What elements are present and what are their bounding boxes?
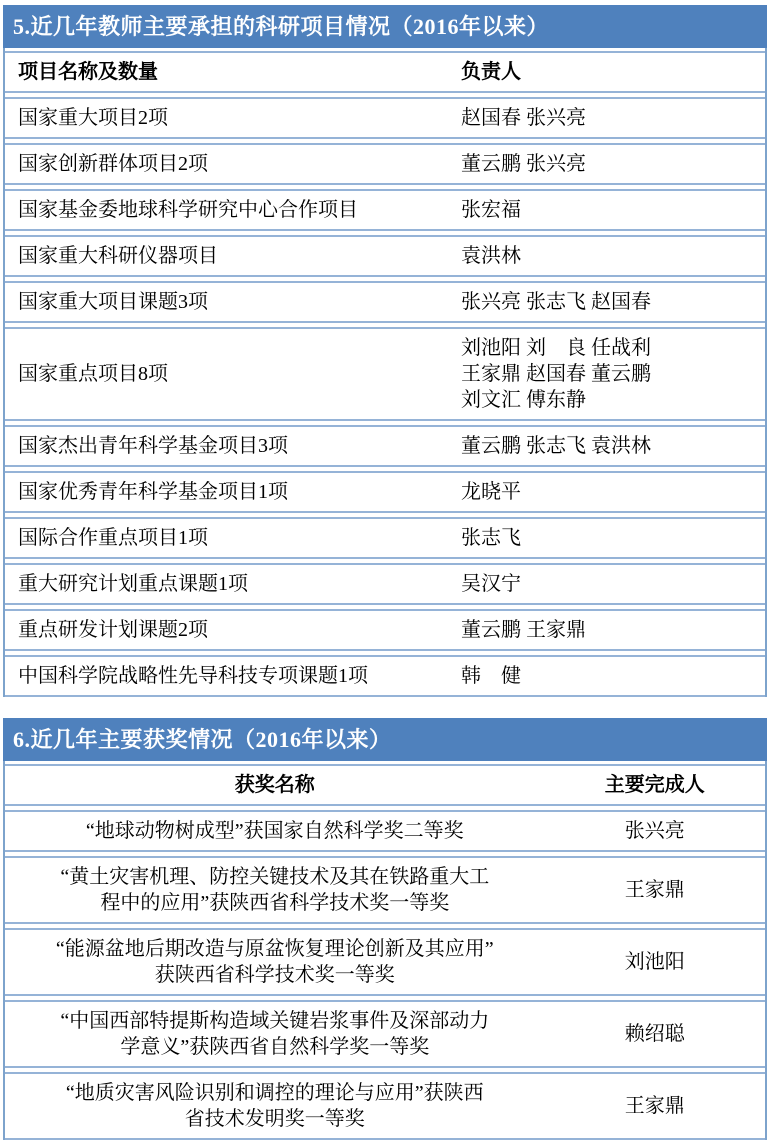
awards-table-title: 6.近几年主要获奖情况（2016年以来）: [3, 718, 767, 761]
awards-header-award: 获奖名称: [5, 766, 545, 804]
award-people-cell: 赖绍聪: [545, 1015, 765, 1053]
project-name-cell: 国家重大项目课题3项: [5, 283, 461, 321]
project-name-cell: 重大研究计划重点课题1项: [5, 565, 461, 603]
project-name-cell: 国家重大项目2项: [5, 99, 461, 137]
projects-header-people: 负责人: [461, 53, 765, 91]
project-people-cell: 董云鹏 张兴亮: [461, 145, 765, 183]
project-name-cell: 国家优秀青年科学基金项目1项: [5, 473, 461, 511]
table-row: “黄土灾害机理、防控关键技术及其在铁路重大工 程中的应用”获陕西省科学技术奖一等…: [5, 856, 765, 924]
table-row: 国家重大项目课题3项 张兴亮 张志飞 赵国春: [5, 281, 765, 323]
project-name-cell: 重点研发计划课题2项: [5, 611, 461, 649]
table-row: 重点研发计划课题2项 董云鹏 王家鼎: [5, 609, 765, 651]
table-row: 国家重点项目8项 刘池阳 刘 良 任战利 王家鼎 赵国春 董云鹏 刘文汇 傅东静: [5, 327, 765, 421]
project-people-cell: 赵国春 张兴亮: [461, 99, 765, 137]
awards-header-people: 主要完成人: [545, 766, 765, 804]
award-name-cell: “黄土灾害机理、防控关键技术及其在铁路重大工 程中的应用”获陕西省科学技术奖一等…: [5, 858, 545, 922]
projects-header-row: 项目名称及数量 负责人: [5, 51, 765, 93]
table-row: “能源盆地后期改造与原盆恢复理论创新及其应用” 获陕西省科学技术奖一等奖 刘池阳: [5, 928, 765, 996]
table-row: “中国西部特提斯构造域关键岩浆事件及深部动力 学意义”获陕西省自然科学奖一等奖 …: [5, 1000, 765, 1068]
table-row: 国家优秀青年科学基金项目1项 龙晓平: [5, 471, 765, 513]
project-people-cell: 吴汉宁: [461, 565, 765, 603]
projects-table: 5.近几年教师主要承担的科研项目情况（2016年以来） 项目名称及数量 负责人 …: [3, 5, 767, 697]
awards-header-row: 获奖名称 主要完成人: [5, 764, 765, 806]
award-people-cell: 刘池阳: [545, 943, 765, 981]
project-people-cell: 张兴亮 张志飞 赵国春: [461, 283, 765, 321]
award-people-cell: 王家鼎: [545, 871, 765, 909]
project-people-cell: 张宏福: [461, 191, 765, 229]
project-name-cell: 国家杰出青年科学基金项目3项: [5, 427, 461, 465]
project-people-cell: 刘池阳 刘 良 任战利 王家鼎 赵国春 董云鹏 刘文汇 傅东静: [461, 329, 765, 419]
project-name-cell: 国家重大科研仪器项目: [5, 237, 461, 275]
table-row: 中国科学院战略性先导科技专项课题1项 韩 健: [5, 655, 765, 697]
project-name-cell: 国家创新群体项目2项: [5, 145, 461, 183]
project-people-cell: 张志飞: [461, 519, 765, 557]
project-people-cell: 龙晓平: [461, 473, 765, 511]
award-people-cell: 王家鼎: [545, 1087, 765, 1125]
project-name-cell: 国家基金委地球科学研究中心合作项目: [5, 191, 461, 229]
table-row: 国际合作重点项目1项 张志飞: [5, 517, 765, 559]
project-people-cell: 袁洪林: [461, 237, 765, 275]
projects-header-name: 项目名称及数量: [5, 53, 461, 91]
award-name-cell: “地球动物树成型”获国家自然科学奖二等奖: [5, 812, 545, 850]
award-name-cell: “地质灾害风险识别和调控的理论与应用”获陕西 省技术发明奖一等奖: [5, 1074, 545, 1138]
table-row: 国家基金委地球科学研究中心合作项目 张宏福: [5, 189, 765, 231]
award-name-cell: “能源盆地后期改造与原盆恢复理论创新及其应用” 获陕西省科学技术奖一等奖: [5, 930, 545, 994]
award-people-cell: 张兴亮: [545, 812, 765, 850]
project-name-cell: 国家重点项目8项: [5, 355, 461, 393]
table-row: “地质灾害风险识别和调控的理论与应用”获陕西 省技术发明奖一等奖 王家鼎: [5, 1072, 765, 1140]
table-row: 国家重大科研仪器项目 袁洪林: [5, 235, 765, 277]
projects-table-title: 5.近几年教师主要承担的科研项目情况（2016年以来）: [3, 5, 767, 48]
awards-table: 6.近几年主要获奖情况（2016年以来） 获奖名称 主要完成人 “地球动物树成型…: [3, 718, 767, 1140]
table-row: 国家重大项目2项 赵国春 张兴亮: [5, 97, 765, 139]
project-name-cell: 中国科学院战略性先导科技专项课题1项: [5, 657, 461, 695]
project-people-cell: 韩 健: [461, 657, 765, 695]
award-name-cell: “中国西部特提斯构造域关键岩浆事件及深部动力 学意义”获陕西省自然科学奖一等奖: [5, 1002, 545, 1066]
table-row: 国家创新群体项目2项 董云鹏 张兴亮: [5, 143, 765, 185]
table-row: 国家杰出青年科学基金项目3项 董云鹏 张志飞 袁洪林: [5, 425, 765, 467]
table-row: “地球动物树成型”获国家自然科学奖二等奖 张兴亮: [5, 810, 765, 852]
project-name-cell: 国际合作重点项目1项: [5, 519, 461, 557]
table-row: 重大研究计划重点课题1项 吴汉宁: [5, 563, 765, 605]
document-page: 5.近几年教师主要承担的科研项目情况（2016年以来） 项目名称及数量 负责人 …: [0, 0, 770, 1146]
project-people-cell: 董云鹏 张志飞 袁洪林: [461, 427, 765, 465]
project-people-cell: 董云鹏 王家鼎: [461, 611, 765, 649]
